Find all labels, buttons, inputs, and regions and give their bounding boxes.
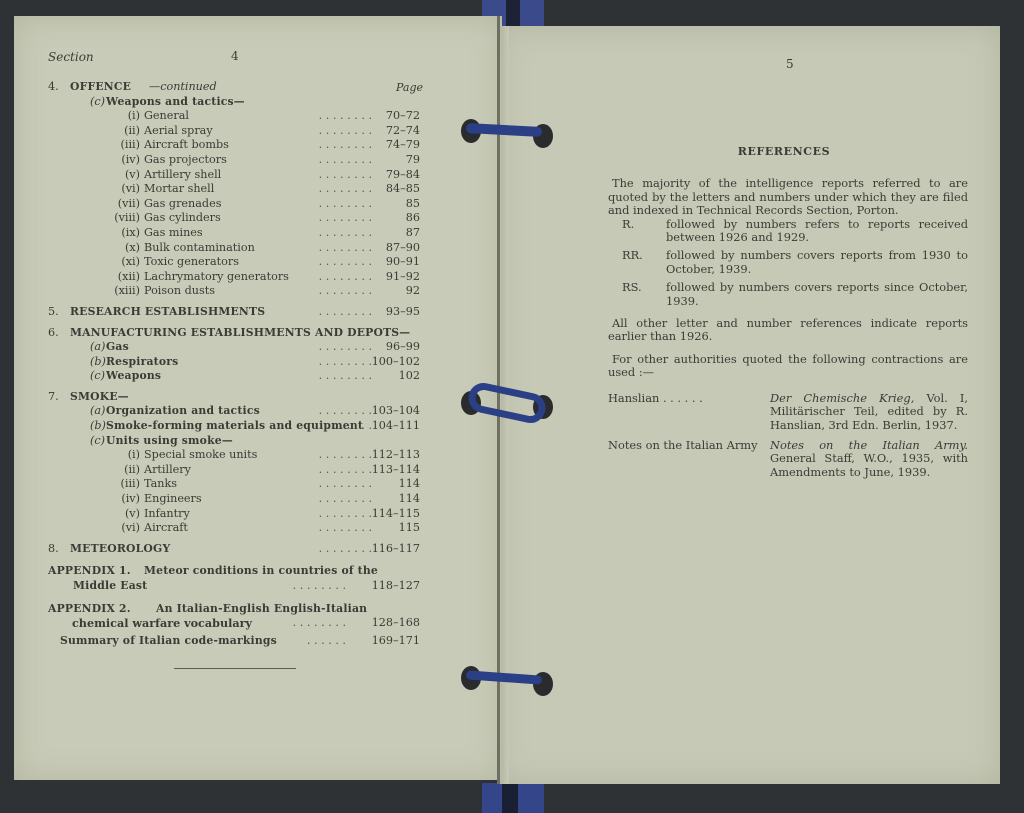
toc-entry-title: Artillery shell bbox=[144, 168, 221, 183]
toc-entry: (ii)Aerial spray. . . . . . . .72–74 bbox=[48, 124, 420, 139]
toc-entry: (c)Weapons. . . . . . . .102 bbox=[48, 369, 420, 384]
toc-entry-pages: 102 bbox=[399, 369, 420, 384]
toc-entry-number: (iv) bbox=[96, 492, 140, 507]
toc-entry-pages: 113–114 bbox=[372, 463, 420, 478]
toc-entry: (iii)Tanks. . . . . . . .114 bbox=[48, 477, 420, 492]
toc-entry: 8.METEOROLOGY. . . . . . . .116–117 bbox=[48, 542, 420, 557]
toc-entry: (iv)Engineers. . . . . . . .114 bbox=[48, 492, 420, 507]
toc-entry-pages: 116–117 bbox=[372, 542, 420, 557]
code-text: followed by numbers covers reports since… bbox=[666, 280, 968, 307]
reference-code-rs: RS. followed by numbers covers reports s… bbox=[608, 281, 968, 308]
toc-entry: 7.SMOKE— bbox=[48, 390, 420, 405]
toc-entry-pages: 84–85 bbox=[386, 182, 420, 197]
toc-entry-pages: 103–104 bbox=[372, 404, 420, 419]
spine-bottom bbox=[482, 783, 544, 813]
leader-dots: . . . . . . . . bbox=[319, 448, 372, 463]
leader-dots: . . . . . . . . bbox=[319, 305, 372, 320]
toc-entry-title: Poison dusts bbox=[144, 284, 215, 299]
leader-dots: . . . . . . . . bbox=[319, 168, 372, 183]
toc-entry-number: 8. bbox=[48, 542, 59, 557]
summary-title: Summary of Italian code-markings bbox=[60, 634, 277, 649]
toc-entry: (ix)Gas mines. . . . . . . .87 bbox=[48, 226, 420, 241]
appendix-title: Meteor conditions in countries of the bbox=[144, 564, 378, 579]
toc-entry-number: 7. bbox=[48, 390, 59, 405]
toc-entry: (a)Gas. . . . . . . .96–99 bbox=[48, 340, 420, 355]
toc-entry-pages: 87–90 bbox=[386, 241, 420, 256]
summary-entry: Summary of Italian code-markings. . . . … bbox=[48, 634, 420, 649]
leader-dots: . . . . . . . . bbox=[319, 241, 372, 256]
toc-entry-pages: 79 bbox=[406, 153, 420, 168]
toc-entry: (vi)Aircraft. . . . . . . .115 bbox=[48, 521, 420, 536]
toc-entry-pages: 100–102 bbox=[372, 355, 420, 370]
toc-entry-pages: 112–113 bbox=[372, 448, 420, 463]
contraction-key: Notes on the Italian Army bbox=[608, 439, 758, 452]
toc-entry-title: Gas grenades bbox=[144, 197, 221, 212]
toc-entry-number: (ix) bbox=[96, 226, 140, 241]
toc-entry-number: 5. bbox=[48, 305, 59, 320]
toc-entry-pages: 91–92 bbox=[386, 270, 420, 285]
leader-dots: . . . . . . . . bbox=[319, 419, 372, 434]
references-title: REFERENCES bbox=[600, 145, 968, 158]
leader-dots: . . . . . . . . bbox=[319, 521, 372, 536]
contraction-title: Notes on the Italian Army. bbox=[770, 438, 968, 452]
toc-entry-number: (vi) bbox=[96, 182, 140, 197]
toc-entry-number: (c) bbox=[90, 434, 105, 449]
toc-entry-number: (c) bbox=[90, 95, 105, 110]
toc-entry-pages: 104–111 bbox=[372, 419, 420, 434]
toc-entry: (v)Infantry. . . . . . . .114–115 bbox=[48, 507, 420, 522]
toc-entry: (ii)Artillery. . . . . . . .113–114 bbox=[48, 463, 420, 478]
toc-entry: (xi)Toxic generators. . . . . . . .90–91 bbox=[48, 255, 420, 270]
appendix-entry: APPENDIX 2.An Italian-English English-It… bbox=[48, 602, 420, 617]
toc-entry-pages: 86 bbox=[406, 211, 420, 226]
appendix-title: An Italian-English English-Italian bbox=[156, 602, 367, 617]
toc-entry-number: (iv) bbox=[96, 153, 140, 168]
toc-entry-title: Infantry bbox=[144, 507, 190, 522]
toc-entry-title: Gas mines bbox=[144, 226, 203, 241]
toc-entry: (b)Smoke-forming materials and equipment… bbox=[48, 419, 420, 434]
leader-dots: . . . . . . . . bbox=[319, 340, 372, 355]
toc-entry: 4.OFFENCE—continued bbox=[48, 80, 420, 95]
leader-dots: . . . . . . . . bbox=[319, 197, 372, 212]
toc-entry-number: (ii) bbox=[96, 124, 140, 139]
toc-entry-title: Gas projectors bbox=[144, 153, 227, 168]
leader-dots: . . . . . . . . bbox=[293, 579, 346, 594]
toc-entry-number: (b) bbox=[90, 355, 106, 370]
toc-entry-pages: 115 bbox=[399, 521, 420, 536]
toc-entry-title: OFFENCE bbox=[70, 80, 131, 95]
toc-entry-title: Respirators bbox=[106, 355, 178, 370]
leader-dots: . . . . . . bbox=[307, 634, 346, 649]
toc-entry-title: Gas cylinders bbox=[144, 211, 221, 226]
toc-entry-title: METEOROLOGY bbox=[70, 542, 170, 557]
toc-entry: (iv)Gas projectors. . . . . . . .79 bbox=[48, 153, 420, 168]
leader-dots: . . . . . . . . bbox=[319, 507, 372, 522]
toc-entry-title: Tanks bbox=[144, 477, 177, 492]
leader-dots: . . . . . . . . bbox=[319, 109, 372, 124]
leader-dots: . . . . . . . . bbox=[319, 270, 372, 285]
toc-entry-number: (xi) bbox=[96, 255, 140, 270]
references-intro: The majority of the intelligence reports… bbox=[608, 177, 968, 217]
leader-dots: . . . . . . . . bbox=[319, 153, 372, 168]
code-label: RS. bbox=[622, 281, 642, 294]
toc-entry-title: MANUFACTURING ESTABLISHMENTS AND DEPOTS— bbox=[70, 326, 410, 341]
contraction-detail: General Staff, W.O., 1935, with Amendmen… bbox=[770, 451, 968, 478]
leader-dots: . . . . . . . . bbox=[319, 463, 372, 478]
leader-dots: . . . . . . . . bbox=[319, 182, 372, 197]
closing-rule bbox=[174, 668, 296, 669]
toc-entry-title: Mortar shell bbox=[144, 182, 214, 197]
toc-entry: (i)Special smoke units. . . . . . . .112… bbox=[48, 448, 420, 463]
leader-dots: . . . . . . . . bbox=[319, 226, 372, 241]
toc-entry-title: Lachrymatory generators bbox=[144, 270, 289, 285]
toc-entry-pages: 114 bbox=[399, 477, 420, 492]
toc-entry-number: (c) bbox=[90, 369, 105, 384]
other-references-note: All other letter and number references i… bbox=[608, 317, 968, 344]
contraction-hanslian: Hanslian . . . . . . Der Chemische Krieg… bbox=[608, 392, 968, 432]
code-label: R. bbox=[622, 218, 634, 231]
reference-code-rr: RR. followed by numbers covers reports f… bbox=[608, 249, 968, 276]
code-label: RR. bbox=[622, 249, 643, 262]
toc-entry: (a)Organization and tactics. . . . . . .… bbox=[48, 404, 420, 419]
toc-entry-title: Weapons and tactics— bbox=[106, 95, 245, 110]
toc-entry-number: (i) bbox=[96, 109, 140, 124]
toc-entry-number: (a) bbox=[90, 340, 105, 355]
toc-entry-pages: 85 bbox=[406, 197, 420, 212]
toc-entry: 6.MANUFACTURING ESTABLISHMENTS AND DEPOT… bbox=[48, 326, 420, 341]
toc-entry-number: (xiii) bbox=[96, 284, 140, 299]
toc-entry-pages: 114 bbox=[399, 492, 420, 507]
code-text: followed by numbers refers to reports re… bbox=[666, 217, 968, 244]
leader-dots: . . . . . . . . bbox=[319, 492, 372, 507]
toc-entry-title: Engineers bbox=[144, 492, 202, 507]
toc-entry-title: Gas bbox=[106, 340, 129, 355]
toc-entry-pages: 87 bbox=[406, 226, 420, 241]
toc-entry-pages: 72–74 bbox=[386, 124, 420, 139]
appendix-title-continued: Middle East bbox=[73, 579, 147, 594]
toc-entry-number: (i) bbox=[96, 448, 140, 463]
toc-entry: (v)Artillery shell. . . . . . . .79–84 bbox=[48, 168, 420, 183]
toc-entry-title: Weapons bbox=[106, 369, 161, 384]
leader-dots: . . . . . . . . bbox=[319, 477, 372, 492]
contractions-intro: For other authorities quoted the followi… bbox=[608, 353, 968, 380]
leader-dots: . . . . . . . . bbox=[319, 404, 372, 419]
toc-entry: (vii)Gas grenades. . . . . . . .85 bbox=[48, 197, 420, 212]
toc-entry-title: Aerial spray bbox=[144, 124, 213, 139]
toc-entry: (xiii)Poison dusts. . . . . . . .92 bbox=[48, 284, 420, 299]
toc-entry-title: Aircraft bbox=[144, 521, 188, 536]
appendix-entry-continued: chemical warfare vocabulary. . . . . . .… bbox=[48, 616, 420, 631]
toc-entry-number: (viii) bbox=[96, 211, 140, 226]
toc-entry-number: (vi) bbox=[96, 521, 140, 536]
appendix-pages: 118–127 bbox=[372, 579, 420, 594]
appendix-entry: APPENDIX 1.Meteor conditions in countrie… bbox=[48, 564, 420, 579]
leader-dots: . . . . . . . . bbox=[319, 211, 372, 226]
toc-entry-pages: 93–95 bbox=[386, 305, 420, 320]
code-text: followed by numbers covers reports from … bbox=[666, 248, 968, 275]
toc-entry-number: (ii) bbox=[96, 463, 140, 478]
toc-entry-number: (iii) bbox=[96, 138, 140, 153]
table-of-contents: 4.OFFENCE—continued(c)Weapons and tactic… bbox=[48, 80, 420, 648]
leader-dots: . . . . . . . . bbox=[319, 255, 372, 270]
toc-entry: 5.RESEARCH ESTABLISHMENTS. . . . . . . .… bbox=[48, 305, 420, 320]
appendix-label: APPENDIX 2. bbox=[48, 602, 131, 617]
appendix-entry-continued: Middle East. . . . . . . .118–127 bbox=[48, 579, 420, 594]
toc-entry-number: (iii) bbox=[96, 477, 140, 492]
appendix-label: APPENDIX 1. bbox=[48, 564, 131, 579]
toc-entry-title: Special smoke units bbox=[144, 448, 257, 463]
leader-dots: . . . . . . . . bbox=[319, 542, 372, 557]
toc-entry-title: Toxic generators bbox=[144, 255, 239, 270]
toc-entry: (vi)Mortar shell. . . . . . . .84–85 bbox=[48, 182, 420, 197]
leader-dots: . . . . . . . . bbox=[319, 369, 372, 384]
leader-dots: . . . . . . . . bbox=[319, 355, 372, 370]
appendix-title-continued: chemical warfare vocabulary bbox=[72, 616, 252, 631]
toc-entry: (b)Respirators. . . . . . . .100–102 bbox=[48, 355, 420, 370]
leader-dots: . . . . . . . . bbox=[319, 284, 372, 299]
toc-entry-pages: 70–72 bbox=[386, 109, 420, 124]
toc-entry-title: Units using smoke— bbox=[106, 434, 233, 449]
toc-entry-title: Bulk contamination bbox=[144, 241, 255, 256]
toc-entry-number: 4. bbox=[48, 80, 59, 95]
toc-entry-number: (v) bbox=[96, 168, 140, 183]
toc-entry: (x)Bulk contamination. . . . . . . .87–9… bbox=[48, 241, 420, 256]
section-column-label: Section bbox=[48, 50, 94, 64]
toc-entry: (c)Units using smoke— bbox=[48, 434, 420, 449]
leader-dots: . . . . . . . . bbox=[319, 138, 372, 153]
references-section: REFERENCES The majority of the intellige… bbox=[608, 145, 968, 479]
contraction-title: Der Chemische Krieg, bbox=[770, 391, 914, 405]
toc-entry-title: SMOKE— bbox=[70, 390, 129, 405]
toc-entry-title: General bbox=[144, 109, 189, 124]
toc-entry: (c)Weapons and tactics— bbox=[48, 95, 420, 110]
toc-entry-pages: 79–84 bbox=[386, 168, 420, 183]
page-number-left: 4 bbox=[231, 49, 239, 63]
toc-entry-number: (v) bbox=[96, 507, 140, 522]
toc-entry-number: (x) bbox=[96, 241, 140, 256]
toc-entry-number: (xii) bbox=[96, 270, 140, 285]
toc-entry-title: Artillery bbox=[144, 463, 191, 478]
contraction-key: Hanslian . . . . . . bbox=[608, 392, 703, 405]
toc-entry-number: (vii) bbox=[96, 197, 140, 212]
summary-pages: 169–171 bbox=[372, 634, 420, 649]
toc-entry: (i)General. . . . . . . .70–72 bbox=[48, 109, 420, 124]
toc-entry-pages: 74–79 bbox=[386, 138, 420, 153]
toc-entry-pages: 90–91 bbox=[386, 255, 420, 270]
toc-entry: (iii)Aircraft bombs. . . . . . . .74–79 bbox=[48, 138, 420, 153]
toc-entry-number: 6. bbox=[48, 326, 59, 341]
toc-entry-pages: 92 bbox=[406, 284, 420, 299]
reference-code-r: R. followed by numbers refers to reports… bbox=[608, 218, 968, 245]
toc-entry-pages: 96–99 bbox=[386, 340, 420, 355]
toc-entry-title: RESEARCH ESTABLISHMENTS bbox=[70, 305, 265, 320]
toc-entry: (xii)Lachrymatory generators. . . . . . … bbox=[48, 270, 420, 285]
contraction-italian-army: Notes on the Italian Army Notes on the I… bbox=[608, 439, 968, 479]
toc-entry-number: (b) bbox=[90, 419, 106, 434]
toc-entry-number: (a) bbox=[90, 404, 105, 419]
page-number-right: 5 bbox=[786, 57, 794, 71]
appendix-pages: 128–168 bbox=[372, 616, 420, 631]
toc-entry: (viii)Gas cylinders. . . . . . . .86 bbox=[48, 211, 420, 226]
toc-entry-suffix: —continued bbox=[149, 80, 217, 95]
toc-entry-title: Organization and tactics bbox=[106, 404, 260, 419]
toc-entry-title: Aircraft bombs bbox=[144, 138, 229, 153]
toc-entry-pages: 114–115 bbox=[372, 507, 420, 522]
leader-dots: . . . . . . . . bbox=[293, 616, 346, 631]
leader-dots: . . . . . . . . bbox=[319, 124, 372, 139]
